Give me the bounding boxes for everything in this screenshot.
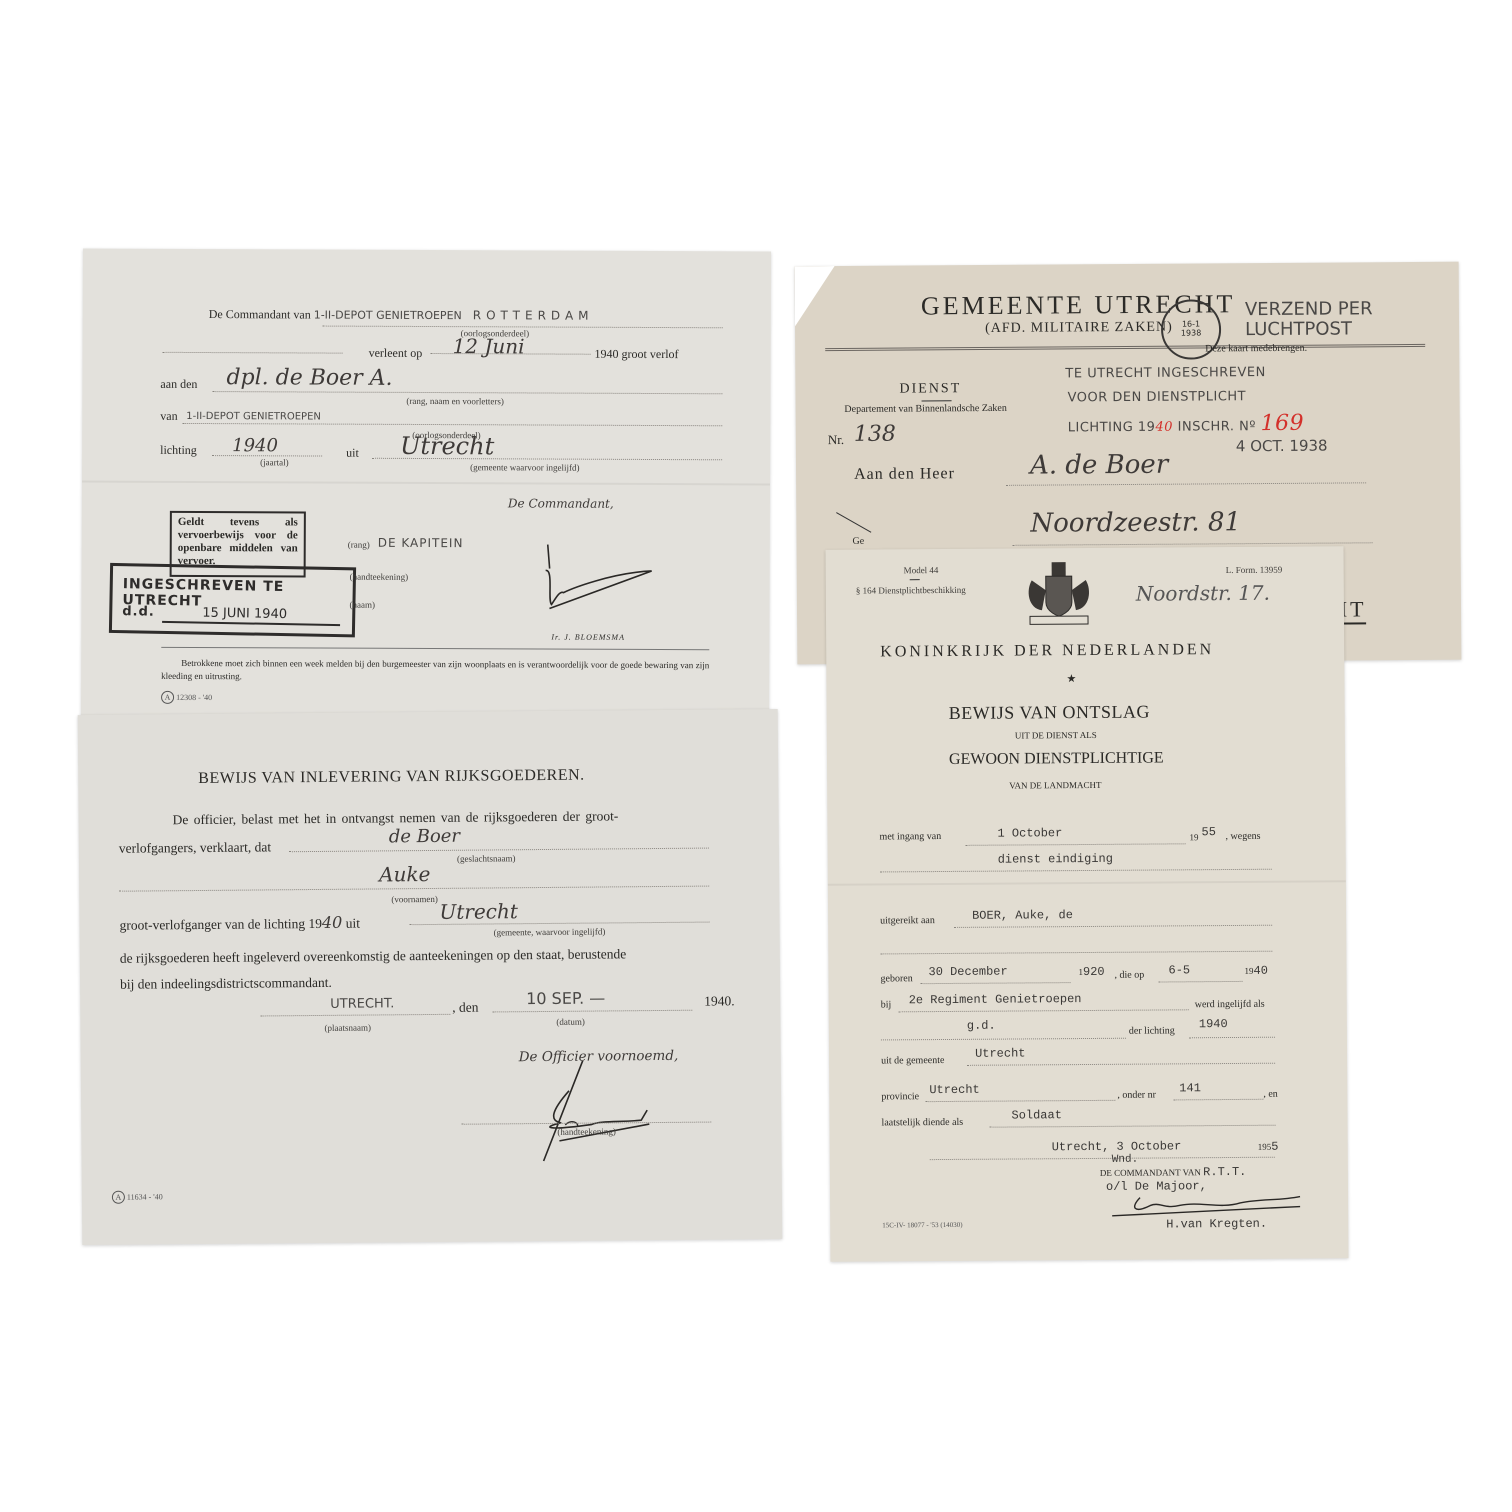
ge-partial-label: Ge (853, 536, 865, 547)
street-handwritten: Noordzeestr. 81 (1030, 507, 1241, 538)
ingeschreven-stamp: INGESCHREVEN TE UTRECHT d.d. 15 JUNI 194… (109, 563, 356, 637)
year-prefix: 19 (1190, 832, 1199, 842)
naam-label: (naam) (349, 600, 375, 610)
year-label: 1940. (704, 993, 735, 1009)
officer-signature (531, 1060, 682, 1171)
ingeschreven-dd: d.d. (122, 604, 155, 620)
signer-name: H.van Kregten. (1166, 1217, 1267, 1232)
surname-handwritten: de Boer (389, 826, 460, 848)
para4: bij den indeelingsdistrictscommandant. (120, 975, 332, 993)
wnd-label: Wnd. (1112, 1154, 1138, 1166)
rang-label: (rang) (348, 540, 370, 550)
geboren-value: 30 December (928, 965, 1007, 980)
commandant-unit: 1-II-DEPOT GENIETROEPEN (314, 309, 462, 323)
dienst-label: DIENST (899, 381, 961, 397)
postcard-subtitle: (AFD. MILITAIRE ZAKEN) (985, 320, 1173, 337)
ontslag-title: BEWIJS VAN ONTSLAG (949, 702, 1151, 724)
uitgereikt-label: uitgereikt aan (880, 915, 935, 926)
coat-of-arms-icon (1024, 560, 1094, 626)
slogan-sub: Deze kaart medebrengen. (1205, 343, 1307, 355)
en-label: , en (1263, 1089, 1278, 1100)
uit-handwritten: Utrecht (439, 899, 518, 924)
nr-handwritten: 138 (854, 422, 896, 447)
form-number-text: 11634 - '40 (127, 1192, 163, 1201)
commandant-prefix: DE COMMANDANT VAN (1100, 1167, 1201, 1178)
gemeente-label: (gemeente, waarvoor ingelijfd) (494, 926, 606, 937)
footer-number: 15C-IV- 18077 - '53 (14030) (882, 1221, 962, 1230)
commandant-line: De Commandant van 1-II-DEPOT GENIETROEPE… (209, 307, 594, 324)
laatstelijk-value: Soldaat (1011, 1108, 1062, 1122)
wegens-label: , wegens (1225, 831, 1260, 842)
inlevering-document: BEWIJS VAN INLEVERING VAN RIJKSGOEDEREN.… (78, 709, 783, 1245)
dienstplicht-paragraph: § 164 Dienstplichtbeschikking (856, 585, 966, 596)
lichting-year: 40 (1155, 420, 1173, 435)
uit-label: uit (346, 446, 359, 461)
met-ingang-label: met ingang van (879, 831, 941, 842)
star-icon: ★ (1066, 672, 1076, 685)
form-label: L. Form. 13959 (1226, 565, 1283, 575)
place-year: 1955 (1258, 1139, 1279, 1154)
lichting-prefix: groot-verlofganger van de lichting 19 (119, 916, 322, 933)
commandant-label: De Commandant, (508, 496, 614, 510)
nr-label: Nr. (828, 432, 844, 448)
kingdom-title: KONINKRIJK DER NEDERLANDEN (880, 641, 1214, 661)
model-label: Model 44 (904, 565, 939, 575)
lichting-prefix: LICHTING 19 (1068, 420, 1156, 436)
provincie-value: Utrecht (929, 1083, 980, 1097)
aan-den-label: aan den (160, 377, 197, 392)
lichting-handwritten: 1940 (232, 435, 278, 456)
voornamen-label: (voornamen) (391, 894, 438, 904)
inschr-number: 169 (1261, 411, 1305, 436)
handteekening-label: (handteekening) (557, 1126, 616, 1137)
geboren-year: 1920 (1078, 964, 1104, 979)
verleent-date-handwritten: 12 Juni (453, 334, 525, 358)
inlevering-title: BEWIJS VAN INLEVERING VAN RIJKSGOEDEREN. (198, 767, 585, 788)
footer-note: Betrokkene moet zich binnen een week mel… (161, 657, 709, 685)
uit-handwritten: Utrecht (400, 432, 494, 460)
departement-label: Departement van Binnenlandsche Zaken (826, 403, 1026, 416)
form-number-text: 12308 - '40 (176, 693, 212, 702)
rang-naam-label: (rang, naam en voorletters) (406, 396, 504, 406)
handteekening-label: (handteekening) (350, 572, 409, 582)
place-year-prefix: 195 (1258, 1142, 1272, 1152)
gemeente-label: (gemeente waarvoor ingelijfd) (470, 462, 579, 472)
den-label: , den (452, 1000, 478, 1016)
lichting-handwritten: 40 (322, 913, 343, 932)
inschr-label: INSCHR. Nº (1178, 419, 1256, 435)
gemeente-value: Utrecht (975, 1046, 1026, 1060)
datum-label: (datum) (556, 1017, 585, 1027)
postmark-date: 16-1 1938 (1176, 319, 1206, 337)
onder-nr-label: , onder nr (1117, 1090, 1156, 1101)
vervoerbewijs-text: Geldt tevens als vervoerbewijs voor de o… (178, 516, 298, 569)
place-year-value: 5 (1271, 1140, 1278, 1154)
place-date-value: Utrecht, 3 October (1052, 1139, 1182, 1154)
recipient-handwritten: dpl. de Boer A. (226, 365, 392, 391)
ontslag-sub1: UIT DE DIENST ALS (1015, 730, 1097, 741)
aan-den-heer-label: Aan den Heer (854, 465, 955, 484)
date-stamp: 10 SEP. — (526, 988, 605, 1008)
lichting-value: 1940 (1199, 1017, 1228, 1031)
groot-verlof-label: 1940 groot verlof (595, 347, 679, 362)
signer-name: Ir. J. BLOEMSMA (551, 633, 625, 642)
van-unit: 1-II-DEPOT GENIETROEPEN (186, 411, 321, 423)
als-value: g.d. (967, 1019, 996, 1033)
rang-value: DE KAPITEIN (378, 536, 464, 550)
registration-date: 4 OCT. 1938 (1236, 437, 1328, 456)
commandant-signature (541, 541, 661, 622)
jaartal-label: (jaartal) (260, 457, 289, 467)
provincie-label: provincie (881, 1091, 919, 1102)
laatstelijk-label: laatstelijk diende als (881, 1117, 963, 1129)
die-op-value: 6-5 (1168, 963, 1190, 977)
die-op-year-prefix: 19 (1244, 966, 1253, 976)
commandant-prefix: De Commandant van (209, 307, 311, 321)
para1: De officier, belast met het in ontvangst… (173, 808, 619, 828)
commandant-city: ROTTERDAM (473, 308, 594, 323)
reason-value: dienst eindiging (998, 852, 1113, 867)
ontslag-sub2: VAN DE LANDMACHT (1009, 780, 1101, 791)
nr-value: 141 (1179, 1081, 1201, 1095)
bij-label: bij (881, 999, 892, 1010)
geboren-year-value: 920 (1083, 965, 1105, 979)
plaatsnaam-label: (plaatsnaam) (324, 1023, 371, 1033)
slogan-line1: VERZEND PER (1245, 298, 1373, 320)
der-lichting-label: der lichting (1129, 1025, 1175, 1036)
lichting-label: lichting (160, 443, 197, 458)
van-label: van (160, 409, 177, 424)
para2: verlofgangers, verklaart, dat (119, 839, 271, 856)
uit-label: uit (346, 916, 360, 931)
ingelijfd-label: werd ingelijfd als (1195, 999, 1265, 1010)
verleent-op-label: verleent op (369, 346, 423, 361)
form-number: A 11634 - '40 (112, 1190, 163, 1203)
met-ingang-value: 1 October (997, 826, 1062, 840)
commandant-unit: R.T.T. (1203, 1165, 1246, 1179)
geslachtsnaam-label: (geslachtsnaam) (457, 853, 516, 864)
die-op-year: 1940 (1244, 963, 1268, 978)
publisher-mark-icon: A (112, 1191, 125, 1204)
registration-stamp-line3: LICHTING 1940 INSCHR. Nº 169 (1068, 411, 1305, 438)
registration-stamp-line1: TE UTRECHT INGESCHREVEN (1065, 365, 1266, 381)
gemeente-label: uit de gemeente (881, 1055, 944, 1066)
publisher-mark-icon: A (161, 691, 174, 704)
ingeschreven-date: 15 JUNI 1940 (202, 606, 287, 623)
form-number: A 12308 - '40 (161, 691, 212, 704)
bij-value: 2e Regiment Genietroepen (909, 992, 1082, 1007)
registration-stamp-line2: VOOR DEN DIENSTPLICHT (1067, 389, 1246, 405)
year-value: 55 (1201, 825, 1216, 839)
ontslag-document: Model 44 § 164 Dienstplichtbeschikking L… (826, 546, 1349, 1262)
firstname-handwritten: Auke (379, 862, 430, 886)
geboren-label: geboren (880, 973, 912, 984)
die-op-year-value: 40 (1253, 964, 1268, 978)
para3: de rijksgoederen heeft ingeleverd overee… (120, 946, 627, 966)
uitgereikt-value: BOER, Auke, de (972, 908, 1073, 923)
handwritten-note: Noordstr. 17. (1136, 581, 1270, 606)
die-op-label: , die op (1114, 970, 1144, 981)
slogan-line2: LUCHTPOST (1245, 318, 1352, 340)
lichting-line: groot-verlofganger van de lichting 1940 … (119, 913, 360, 934)
commandant-line: DE COMMANDANT VAN R.T.T. (1100, 1165, 1247, 1180)
ontslag-title2: GEWOON DIENSTPLICHTIGE (949, 749, 1164, 768)
addressee-handwritten: A. de Boer (1030, 450, 1168, 481)
verlof-document: De Commandant van 1-II-DEPOT GENIETROEPE… (81, 249, 771, 724)
place-stamp: UTRECHT. (330, 996, 394, 1012)
